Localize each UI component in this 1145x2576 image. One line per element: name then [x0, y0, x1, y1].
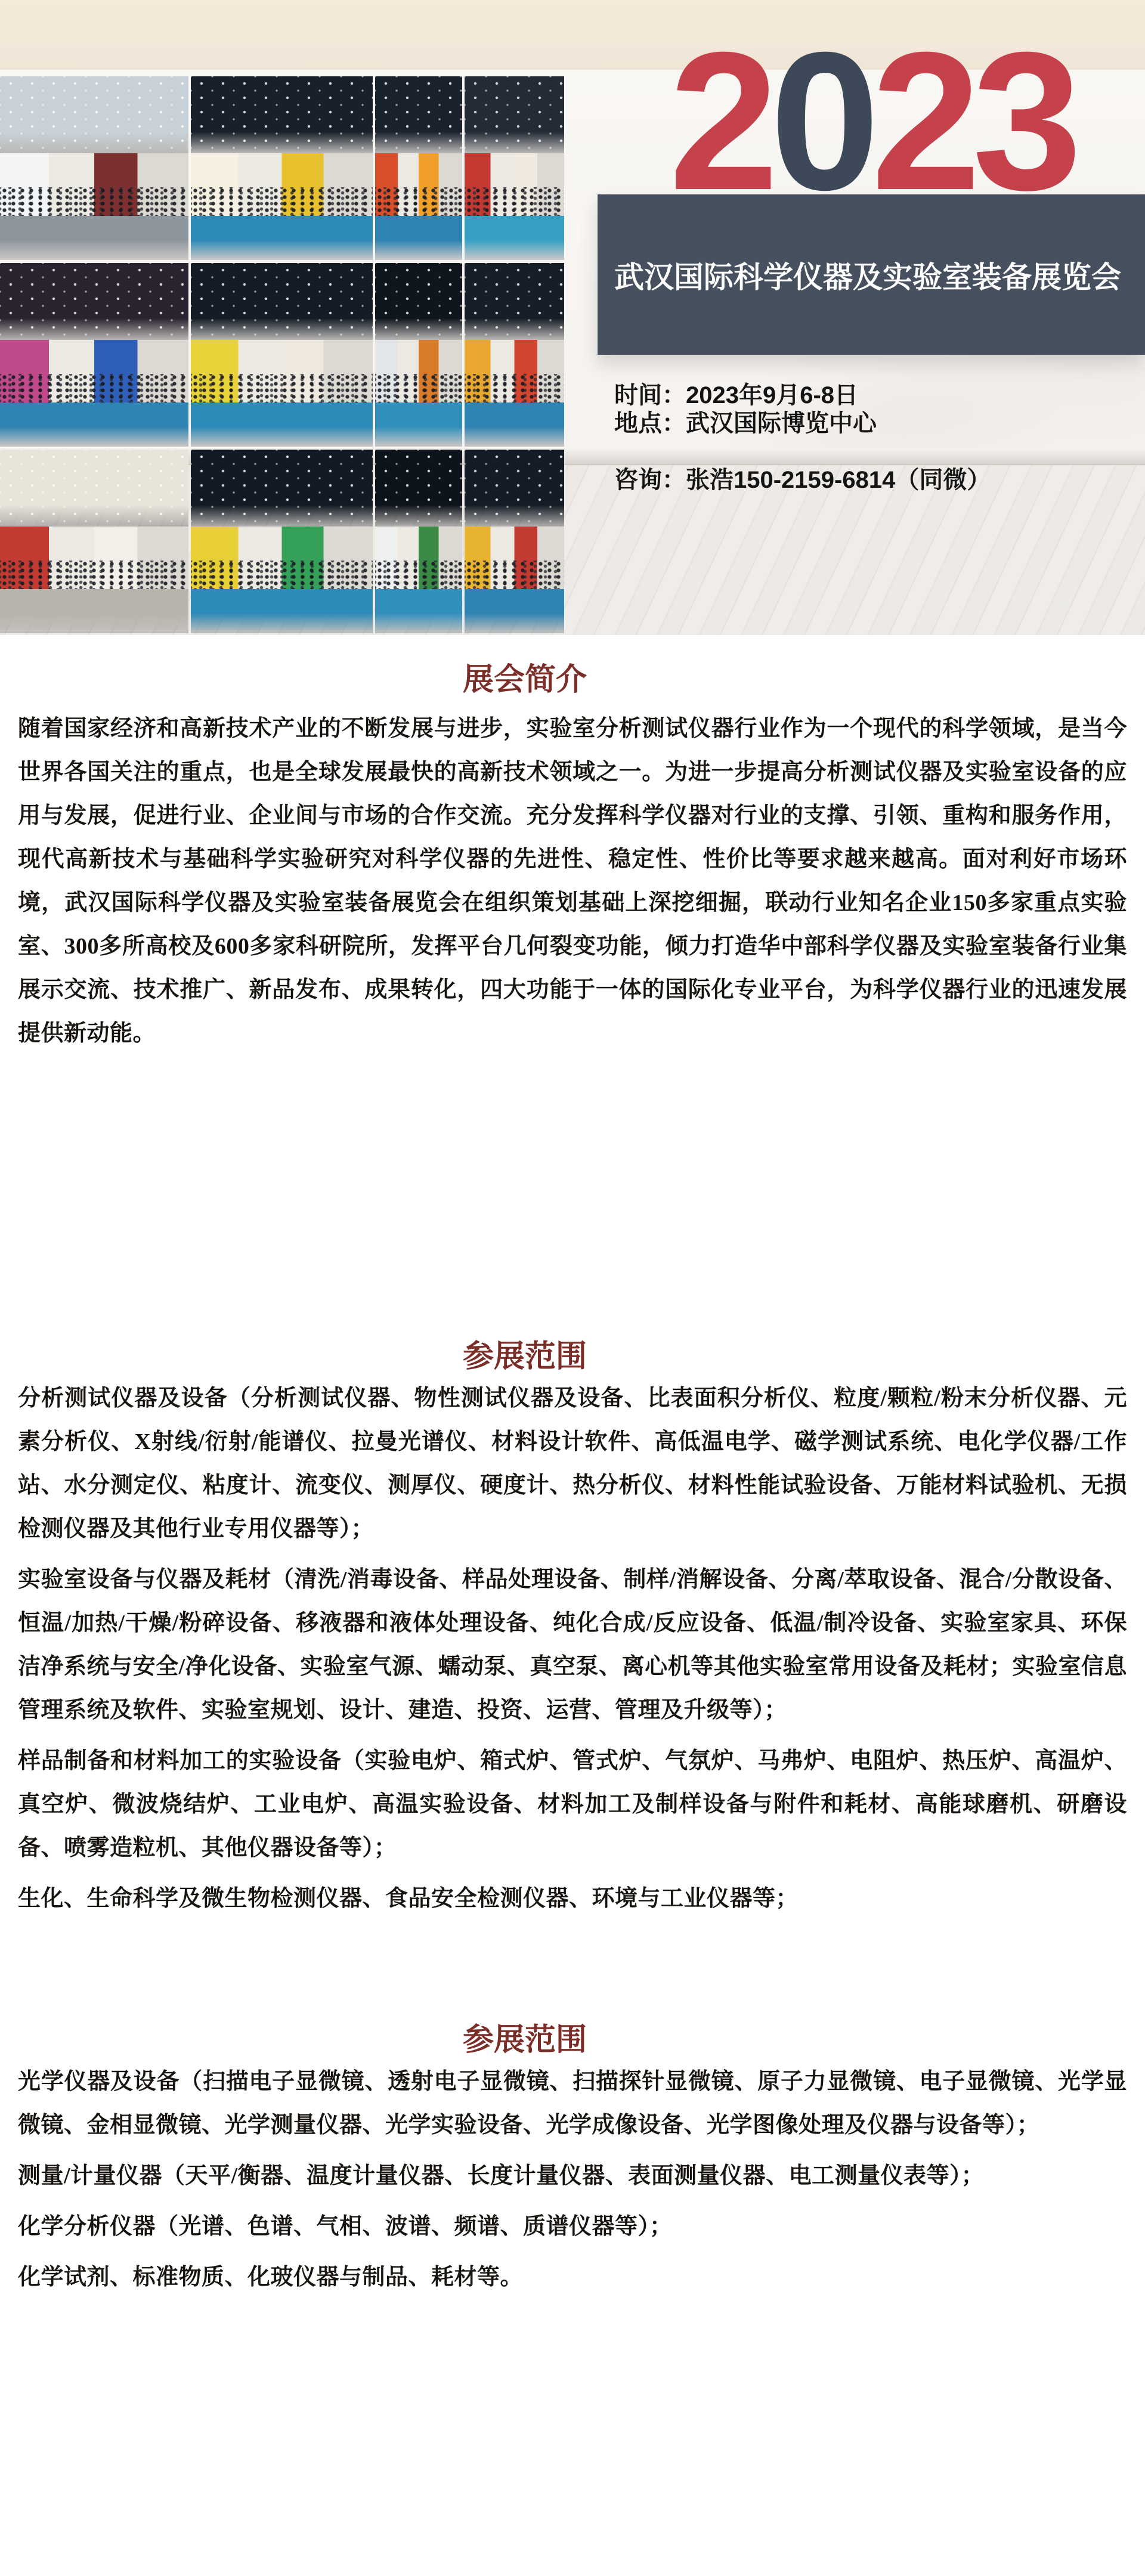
photo-floor	[0, 589, 188, 633]
photo-crowd	[375, 374, 462, 402]
photo-floor	[191, 402, 373, 447]
body-paragraph: 生化、生命科学及微生物检测仪器、食品安全检测仪器、环境与工业仪器等；	[18, 1877, 1127, 1921]
exhibition-photo	[191, 76, 373, 260]
section-scope-1: 参展范围 分析测试仪器及设备（分析测试仪器、物性测试仪器及设备、比表面积分析仪、…	[0, 1339, 1145, 1921]
section-scope-2-heading: 参展范围	[0, 2022, 1097, 2059]
section-intro: 展会简介 随着国家经济和高新技术产业的不断发展与进步，实验室分析测试仪器行业作为…	[0, 662, 1145, 1055]
exhibition-photo	[465, 76, 564, 260]
photo-booths	[0, 527, 188, 589]
photo-ceiling	[0, 76, 188, 153]
header-hero: 2023 武汉国际科学仪器及实验室装备展览会 时间：2023年9月6-8日 地点…	[0, 0, 1145, 635]
section-scope-2-body: 光学仪器及设备（扫描电子显微镜、透射电子显微镜、扫描探针显微镜、原子力显微镜、电…	[0, 2060, 1145, 2299]
exhibition-photo	[465, 450, 564, 633]
photo-ceiling	[0, 263, 188, 340]
photo-ceiling	[375, 76, 462, 153]
exhibition-photo	[191, 450, 373, 633]
body-paragraph: 样品制备和材料加工的实验设备（实验电炉、箱式炉、管式炉、气氛炉、马弗炉、电阻炉、…	[18, 1739, 1127, 1870]
contact-line: 咨询：张浩150-2159-6814（同微）	[614, 466, 991, 494]
exhibition-photo	[375, 450, 462, 633]
body-paragraph: 化学分析仪器（光谱、色谱、气相、波谱、频谱、质谱仪器等）；	[18, 2205, 1127, 2249]
body-paragraph: 光学仪器及设备（扫描电子显微镜、透射电子显微镜、扫描探针显微镜、原子力显微镜、电…	[18, 2060, 1127, 2147]
photo-ceiling	[465, 76, 564, 153]
photo-ceiling	[375, 450, 462, 527]
photo-ceiling	[465, 450, 564, 527]
event-info: 时间：2023年9月6-8日 地点：武汉国际博览中心	[614, 382, 877, 438]
photo-crowd	[0, 374, 188, 402]
photo-ceiling	[0, 450, 188, 527]
exhibition-photo	[375, 263, 462, 447]
body-paragraph: 测量/计量仪器（天平/衡器、温度计量仪器、长度计量仪器、表面测量仪器、电工测量仪…	[18, 2154, 1127, 2198]
photo-floor	[191, 589, 373, 633]
photo-booths	[465, 153, 564, 216]
exhibition-photo	[465, 263, 564, 447]
photo-collage	[0, 76, 564, 633]
time-label: 时间：	[614, 382, 686, 408]
year-2023: 2023	[669, 23, 1073, 219]
title-banner: 武汉国际科学仪器及实验室装备展览会	[598, 194, 1145, 355]
photo-booths	[191, 527, 373, 589]
photo-crowd	[0, 187, 188, 216]
photo-floor	[0, 216, 188, 260]
exhibition-photo	[375, 76, 462, 260]
photo-booths	[465, 527, 564, 589]
photo-ceiling	[191, 76, 373, 153]
exhibition-title: 武汉国际科学仪器及实验室装备展览会	[598, 253, 1121, 296]
photo-floor	[191, 216, 373, 260]
photo-floor	[375, 402, 462, 447]
photo-booths	[0, 153, 188, 216]
photo-floor	[465, 589, 564, 633]
photo-floor	[375, 216, 462, 260]
photo-booths	[375, 340, 462, 402]
photo-crowd	[191, 187, 373, 216]
exhibition-photo	[0, 450, 188, 633]
body-paragraph: 实验室设备与仪器及耗材（清洗/消毒设备、样品处理设备、制样/消解设备、分离/萃取…	[18, 1558, 1127, 1732]
photo-booths	[465, 340, 564, 402]
body-paragraph: 分析测试仪器及设备（分析测试仪器、物性测试仪器及设备、比表面积分析仪、粒度/颗粒…	[18, 1377, 1127, 1551]
photo-crowd	[465, 187, 564, 216]
body-paragraph: 随着国家经济和高新技术产业的不断发展与进步，实验室分析测试仪器行业作为一个现代的…	[18, 707, 1127, 1055]
photo-booths	[0, 340, 188, 402]
event-time-line: 时间：2023年9月6-8日	[614, 382, 877, 410]
photo-crowd	[465, 374, 564, 402]
photo-crowd	[0, 561, 188, 589]
body-paragraph: 化学试剂、标准物质、化玻仪器与制品、耗材等。	[18, 2256, 1127, 2299]
photo-floor	[465, 402, 564, 447]
exhibition-photo	[191, 263, 373, 447]
photo-crowd	[375, 187, 462, 216]
photo-crowd	[191, 561, 373, 589]
photo-ceiling	[191, 263, 373, 340]
poster-page: 2023 武汉国际科学仪器及实验室装备展览会 时间：2023年9月6-8日 地点…	[0, 0, 1145, 2576]
venue-label: 地点：	[614, 410, 686, 436]
photo-ceiling	[465, 263, 564, 340]
time-value: 2023年9月6-8日	[686, 382, 858, 408]
section-scope-1-heading: 参展范围	[0, 1339, 1097, 1376]
photo-crowd	[375, 561, 462, 589]
section-intro-body: 随着国家经济和高新技术产业的不断发展与进步，实验室分析测试仪器行业作为一个现代的…	[0, 707, 1145, 1055]
photo-crowd	[465, 561, 564, 589]
photo-crowd	[191, 374, 373, 402]
photo-booths	[191, 340, 373, 402]
photo-booths	[375, 153, 462, 216]
photo-ceiling	[191, 450, 373, 527]
section-intro-heading: 展会简介	[0, 662, 1097, 699]
photo-floor	[0, 402, 188, 447]
venue-value: 武汉国际博览中心	[686, 410, 877, 436]
exhibition-photo	[0, 263, 188, 447]
contact-value: 张浩150-2159-6814（同微）	[686, 467, 991, 493]
section-scope-1-body: 分析测试仪器及设备（分析测试仪器、物性测试仪器及设备、比表面积分析仪、粒度/颗粒…	[0, 1377, 1145, 1921]
event-venue-line: 地点：武汉国际博览中心	[614, 410, 877, 438]
photo-ceiling	[375, 263, 462, 340]
photo-floor	[375, 589, 462, 633]
content: 展会简介 随着国家经济和高新技术产业的不断发展与进步，实验室分析测试仪器行业作为…	[0, 635, 1145, 2306]
photo-booths	[375, 527, 462, 589]
photo-floor	[465, 216, 564, 260]
photo-booths	[191, 153, 373, 216]
contact-label: 咨询：	[614, 467, 686, 493]
exhibition-photo	[0, 76, 188, 260]
section-scope-2: 参展范围 光学仪器及设备（扫描电子显微镜、透射电子显微镜、扫描探针显微镜、原子力…	[0, 2022, 1145, 2299]
